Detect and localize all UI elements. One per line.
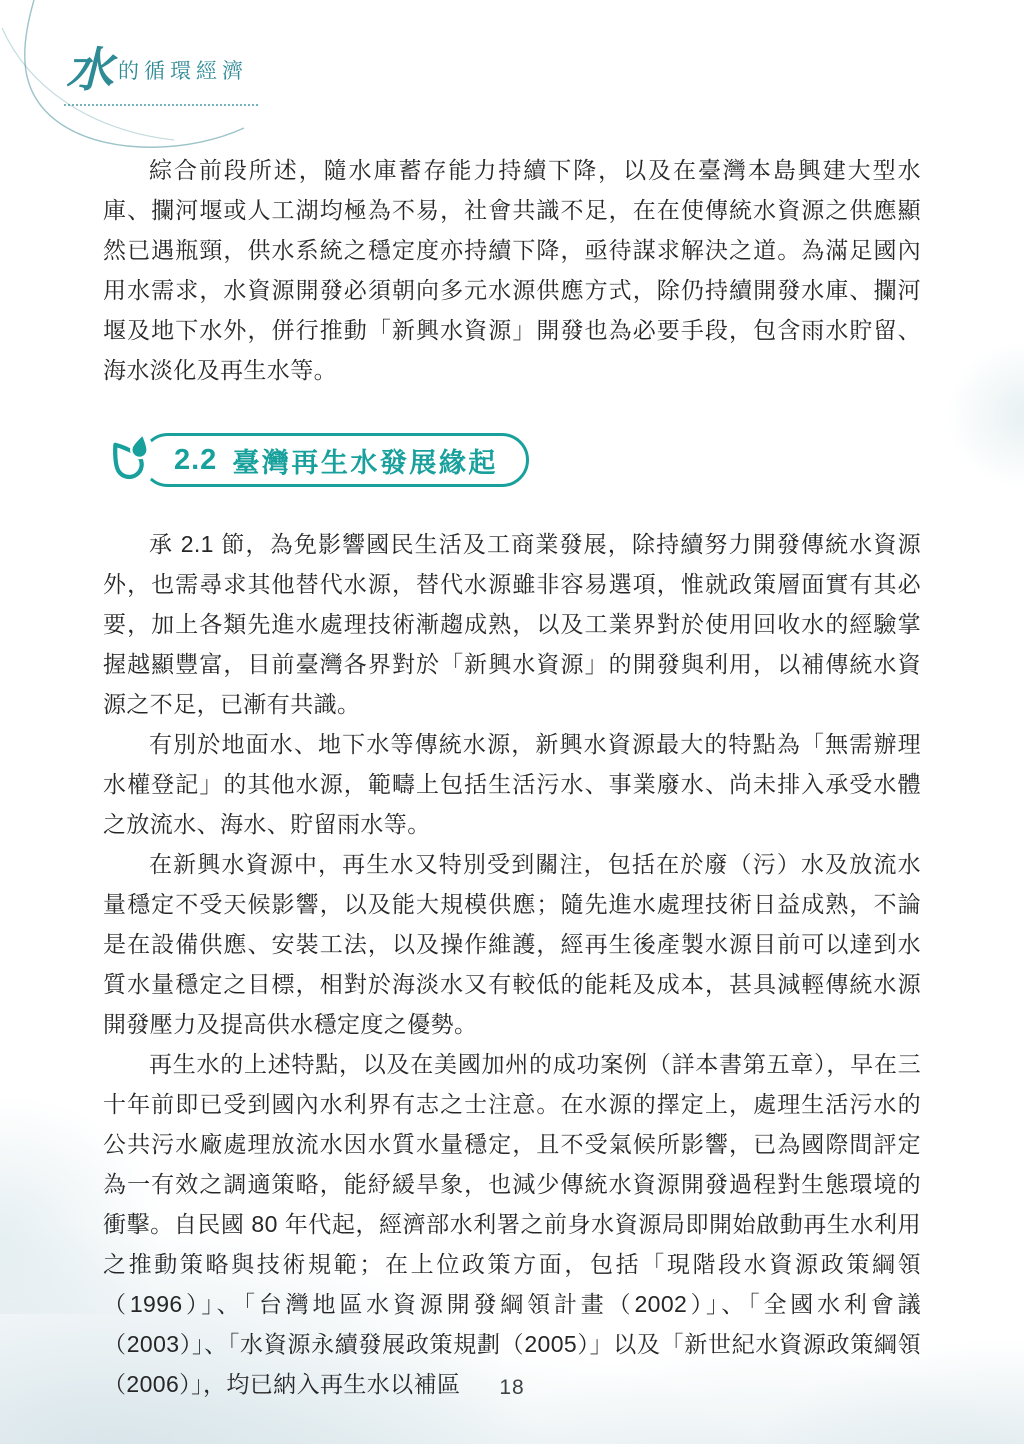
brand-logo-suffix: 的循環經濟	[118, 60, 248, 83]
paragraph-intro: 綜合前段所述，隨水庫蓄存能力持續下降，以及在臺灣本島興建大型水庫、攔河堰或人工湖…	[103, 150, 921, 390]
paragraph: 有別於地面水、地下水等傳統水源，新興水資源最大的特點為「無需辦理水權登記」的其他…	[103, 724, 921, 844]
section-number: 2.2	[174, 444, 217, 477]
section-heading-pill: 2.2 臺灣再生水發展緣起	[141, 433, 529, 487]
section-title: 臺灣再生水發展緣起	[232, 441, 498, 480]
paragraph: 承 2.1 節，為免影響國民生活及工商業發展，除持續努力開發傳統水資源外，也需尋…	[103, 524, 921, 724]
brand-logo-main-char: 水	[66, 45, 113, 97]
brand-logo: 水的循環經濟	[64, 48, 258, 106]
page-content: 綜合前段所述，隨水庫蓄存能力持續下降，以及在臺灣本島興建大型水庫、攔河堰或人工湖…	[103, 150, 921, 1404]
document-page: 水的循環經濟 綜合前段所述，隨水庫蓄存能力持續下降，以及在臺灣本島興建大型水庫、…	[0, 0, 1024, 1444]
paragraph: 在新興水資源中，再生水又特別受到關注，包括在於廢（污）水及放流水量穩定不受天候影…	[103, 844, 921, 1044]
paragraph: 再生水的上述特點，以及在美國加州的成功案例（詳本書第五章），早在三十年前即已受到…	[103, 1044, 921, 1404]
page-number: 18	[0, 1376, 1024, 1400]
section-heading: 2.2 臺灣再生水發展緣起	[103, 430, 921, 490]
water-drop-icon	[103, 430, 157, 490]
